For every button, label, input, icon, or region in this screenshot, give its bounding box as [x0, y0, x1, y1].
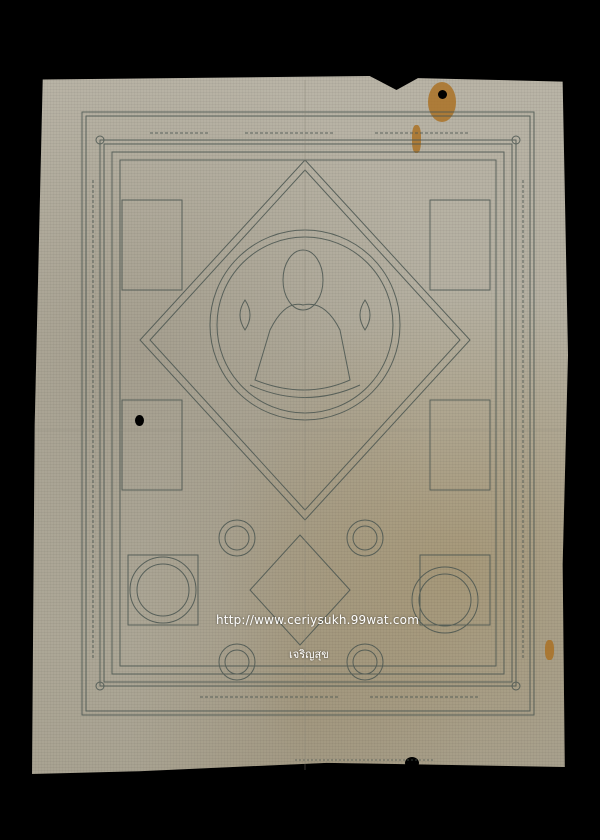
- yantra-ink-drawing: [0, 0, 600, 840]
- watermark-url: http://www.ceriysukh.99wat.com: [216, 613, 419, 627]
- watermark-name: เจริญสุข: [289, 645, 329, 663]
